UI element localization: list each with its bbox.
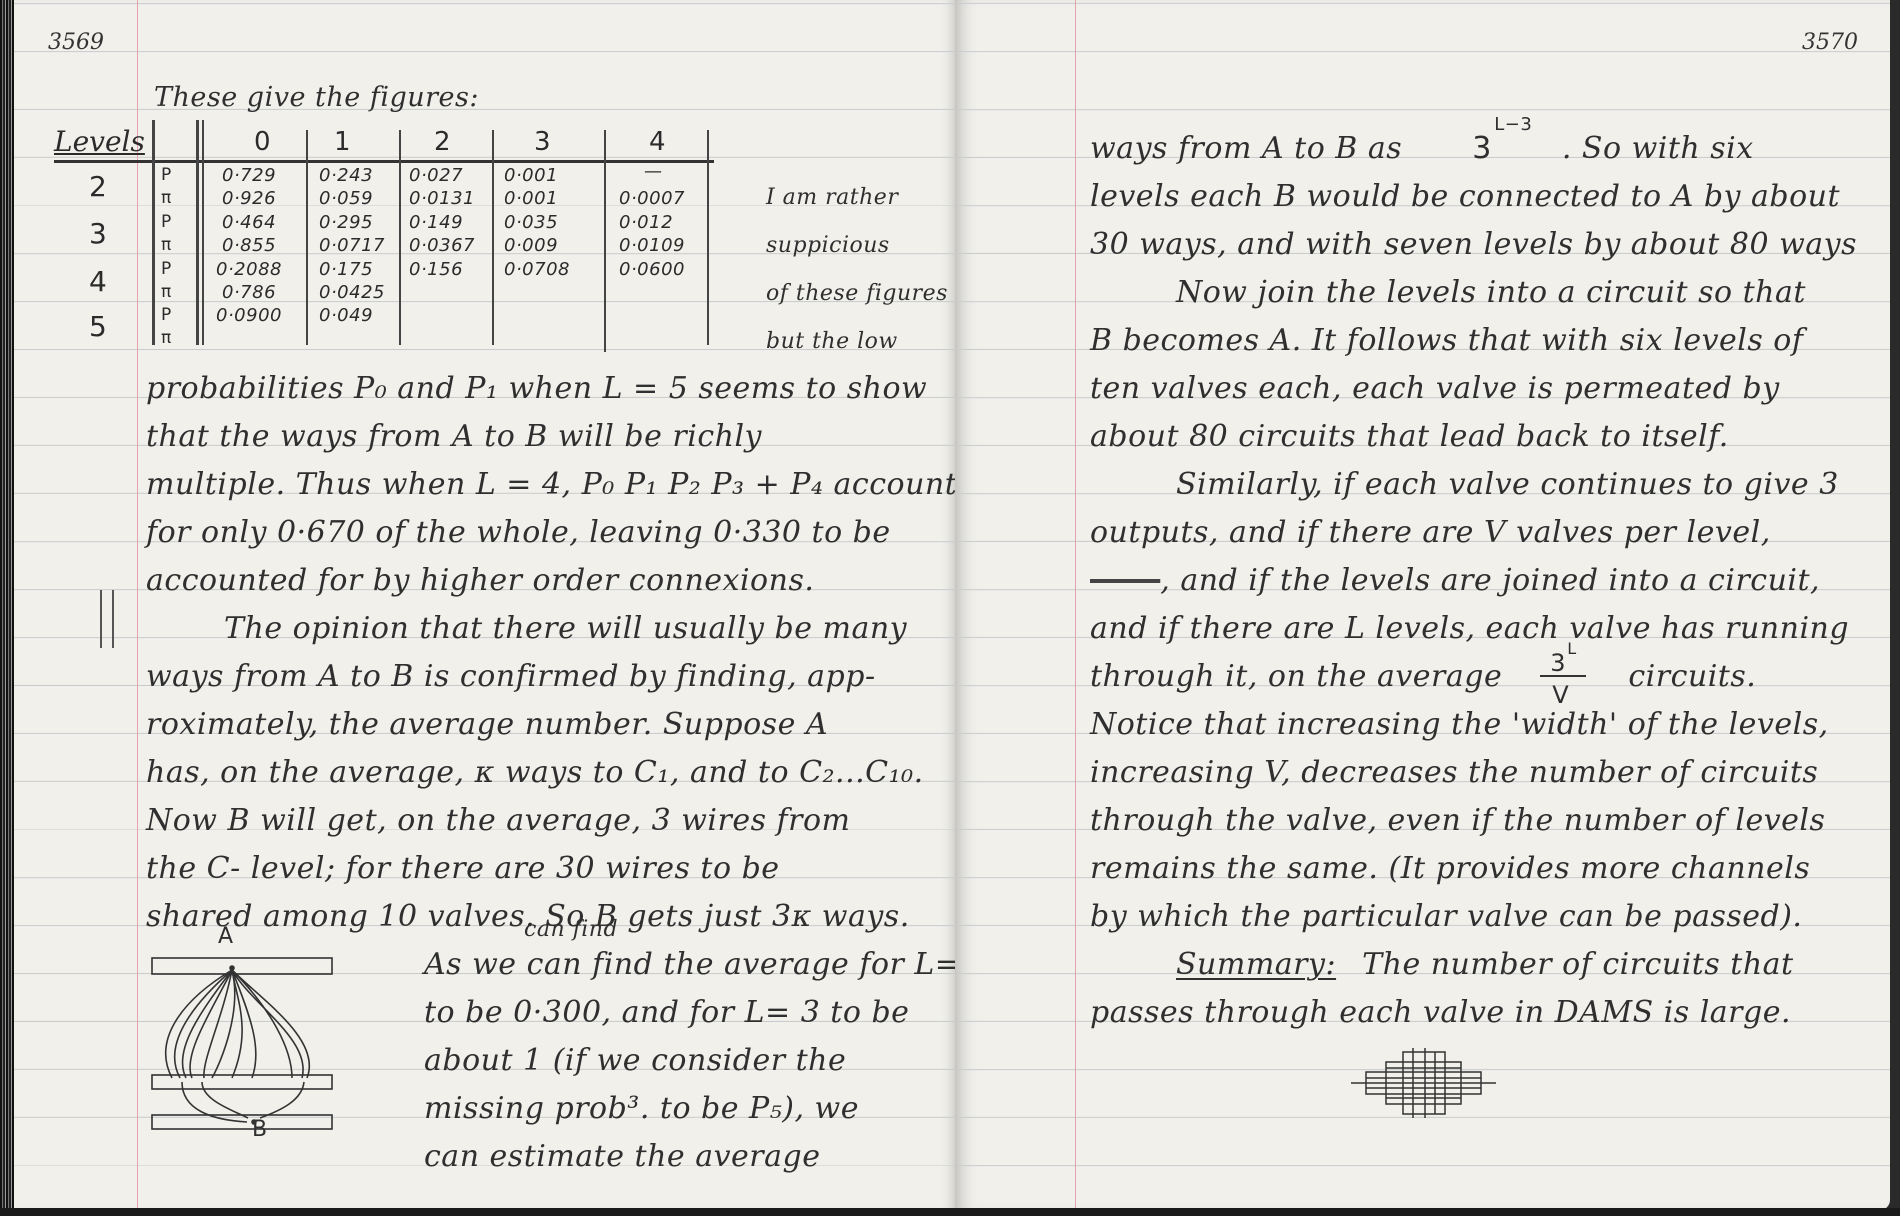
divider bbox=[196, 120, 199, 345]
column-header: 1 bbox=[334, 127, 351, 157]
margin-note-line: of these figures bbox=[766, 270, 948, 318]
power-base: 3 bbox=[1472, 131, 1492, 166]
text-line: accounted for by higher order connexions… bbox=[146, 557, 814, 605]
symbol-p: P bbox=[161, 165, 171, 185]
line-text: , and if the levels are joined into a ci… bbox=[1160, 563, 1820, 598]
symbol-pi: π bbox=[161, 328, 171, 348]
left-page: 3569 These give the figures: Levels 0 1 … bbox=[14, 0, 956, 1210]
table-cell: 0·059 bbox=[319, 188, 373, 209]
table-cell: — bbox=[644, 161, 663, 182]
text-line: ten valves each, each valve is permeated… bbox=[1090, 365, 1780, 413]
text-line: Notice that increasing the 'width' of th… bbox=[1090, 701, 1829, 749]
symbol-pi: π bbox=[161, 282, 171, 302]
table-cell: 0·464 bbox=[222, 212, 276, 233]
level-label: 2 bbox=[89, 170, 107, 203]
table-cell: 0·926 bbox=[222, 188, 276, 209]
table-cell: 0·729 bbox=[222, 165, 276, 186]
level-label: 3 bbox=[89, 217, 107, 250]
table-cell: 0·295 bbox=[319, 212, 373, 233]
power-exponent: L−3 bbox=[1494, 101, 1532, 149]
text-line: that the ways from A to B will be richly bbox=[146, 413, 762, 461]
valve-grid-sketch bbox=[1351, 1048, 1501, 1118]
page-bottom-edge bbox=[0, 1208, 1900, 1216]
table-cell: 0·049 bbox=[319, 305, 373, 326]
line-text: through it, on the average bbox=[1090, 659, 1502, 694]
fraction-exponent: L bbox=[1567, 625, 1576, 673]
divider bbox=[202, 120, 204, 345]
line-text: circuits. bbox=[1628, 659, 1756, 694]
text-line: ways from A to B is confirmed by finding… bbox=[146, 653, 876, 701]
text-line: the C- level; for there are 30 wires to … bbox=[146, 845, 780, 893]
column-header: 0 bbox=[254, 127, 271, 157]
line-text: The number of circuits that bbox=[1362, 947, 1794, 982]
table-cell: 0·0708 bbox=[504, 259, 570, 280]
table-cell: 0·786 bbox=[222, 282, 276, 303]
text-line: roximately, the average number. Suppose … bbox=[146, 701, 828, 749]
diagram-label-a: A bbox=[218, 925, 234, 949]
table-cell: 0·156 bbox=[409, 259, 463, 280]
text-line: through the valve, even if the number of… bbox=[1090, 797, 1825, 845]
text-line: B becomes A. It follows that with six le… bbox=[1090, 317, 1803, 365]
summary-label: Summary: bbox=[1176, 947, 1336, 982]
table-cell: 0·0131 bbox=[409, 188, 475, 209]
text-line: increasing V, decreases the number of ci… bbox=[1090, 749, 1818, 797]
page-number: 3570 bbox=[1802, 30, 1858, 55]
column-header: 2 bbox=[434, 127, 451, 157]
table-cell: 0·035 bbox=[504, 212, 558, 233]
text-line: As we can find the average for L=2 bbox=[424, 941, 956, 989]
text-line: Now join the levels into a circuit so th… bbox=[1176, 269, 1806, 317]
divider bbox=[306, 130, 308, 345]
text-line: missing prob³. to be P₅), we bbox=[424, 1085, 859, 1133]
text-line: ways from A to B as 3L−3 . So with six bbox=[1090, 125, 1754, 173]
text-line: can estimate the average bbox=[424, 1133, 820, 1181]
table-cell: 0·0717 bbox=[319, 235, 385, 256]
text-line: for only 0·670 of the whole, leaving 0·3… bbox=[146, 509, 891, 557]
page-number: 3569 bbox=[48, 30, 104, 55]
table-cell: 0·855 bbox=[222, 235, 276, 256]
insertion-text: can find bbox=[524, 918, 618, 942]
intro-text: These give the figures: bbox=[154, 74, 479, 122]
divider bbox=[604, 130, 606, 352]
table-cell: 0·0007 bbox=[619, 188, 685, 209]
text-line: outputs, and if there are V valves per l… bbox=[1090, 509, 1771, 557]
text-line: about 80 circuits that lead back to itse… bbox=[1090, 413, 1729, 461]
table-cell: 0·243 bbox=[319, 165, 373, 186]
text-line: ​ , and if the levels are joined into a … bbox=[1090, 557, 1820, 605]
table-cell: 0·149 bbox=[409, 212, 463, 233]
margin-line bbox=[1075, 0, 1076, 1210]
text-line: The opinion that there will usually be m… bbox=[224, 605, 907, 653]
table-cell: 0·009 bbox=[504, 235, 558, 256]
margin-line bbox=[137, 0, 138, 1210]
text-line: Similarly, if each valve continues to gi… bbox=[1176, 461, 1839, 509]
margin-note-line: suppicious bbox=[766, 222, 948, 270]
table-row-header: Levels bbox=[54, 125, 145, 158]
text-line: Now B will get, on the average, 3 wires … bbox=[146, 797, 851, 845]
margin-note-line: but the low bbox=[766, 318, 948, 366]
text-line: and if there are L levels, each valve ha… bbox=[1090, 605, 1849, 653]
notebook-binding bbox=[0, 0, 14, 1216]
symbol-p: P bbox=[161, 212, 171, 232]
divider bbox=[492, 130, 494, 345]
table-cell: 0·2088 bbox=[216, 259, 282, 280]
table-cell: 0·012 bbox=[619, 212, 673, 233]
line-text: . So with six bbox=[1562, 131, 1754, 166]
margin-mark bbox=[100, 590, 114, 648]
symbol-p: P bbox=[161, 305, 171, 325]
divider bbox=[399, 130, 401, 345]
column-header: 3 bbox=[534, 127, 551, 157]
text-line: probabilities P₀ and P₁ when L = 5 seems… bbox=[146, 365, 927, 413]
text-line: remains the same. (It provides more chan… bbox=[1090, 845, 1810, 893]
text-line: to be 0·300, and for L= 3 to be bbox=[424, 989, 909, 1037]
text-line: through it, on the average 3 L V circuit… bbox=[1090, 653, 1756, 701]
column-header: 4 bbox=[649, 127, 666, 157]
table-cell: 0·0425 bbox=[319, 282, 385, 303]
text-line: by which the particular valve can be pas… bbox=[1090, 893, 1802, 941]
table-cell: 0·0109 bbox=[619, 235, 685, 256]
table-cell: 0·0367 bbox=[409, 235, 475, 256]
symbol-pi: π bbox=[161, 188, 171, 208]
table-cell: 0·001 bbox=[504, 188, 558, 209]
level-label: 4 bbox=[89, 265, 107, 298]
text-line: levels each B would be connected to A by… bbox=[1090, 173, 1840, 221]
symbol-p: P bbox=[161, 259, 171, 279]
text-line: has, on the average, κ ways to C₁, and t… bbox=[146, 749, 924, 797]
level-label: 5 bbox=[89, 310, 107, 343]
struck-word: ​ bbox=[1090, 563, 1160, 598]
symbol-pi: π bbox=[161, 235, 171, 255]
margin-note: I am rather suppicious of these figures … bbox=[766, 174, 948, 366]
table-cell: 0·027 bbox=[409, 165, 463, 186]
summary-line: Summary: The number of circuits that bbox=[1176, 941, 1794, 989]
text-line: 30 ways, and with seven levels by about … bbox=[1090, 221, 1857, 269]
text-line: passes through each valve in DAMS is lar… bbox=[1090, 989, 1791, 1037]
divider bbox=[707, 130, 709, 345]
table-cell: 0·0600 bbox=[619, 259, 685, 280]
text-line: about 1 (if we consider the bbox=[424, 1037, 846, 1085]
divider bbox=[152, 120, 155, 345]
right-page: 3570 ways from A to B as 3L−3 . So with … bbox=[956, 0, 1890, 1210]
power-expression: 3L−3 bbox=[1472, 131, 1502, 166]
table-cell: 0·175 bbox=[319, 259, 373, 280]
table-cell: 0·001 bbox=[504, 165, 558, 186]
table-cell: 0·0900 bbox=[216, 305, 282, 326]
text-line: multiple. Thus when L = 4, P₀ P₁ P₂ P₃ +… bbox=[146, 461, 956, 509]
line-text: ways from A to B as bbox=[1090, 131, 1402, 166]
network-diagram bbox=[142, 950, 342, 1150]
margin-note-line: I am rather bbox=[766, 174, 948, 222]
